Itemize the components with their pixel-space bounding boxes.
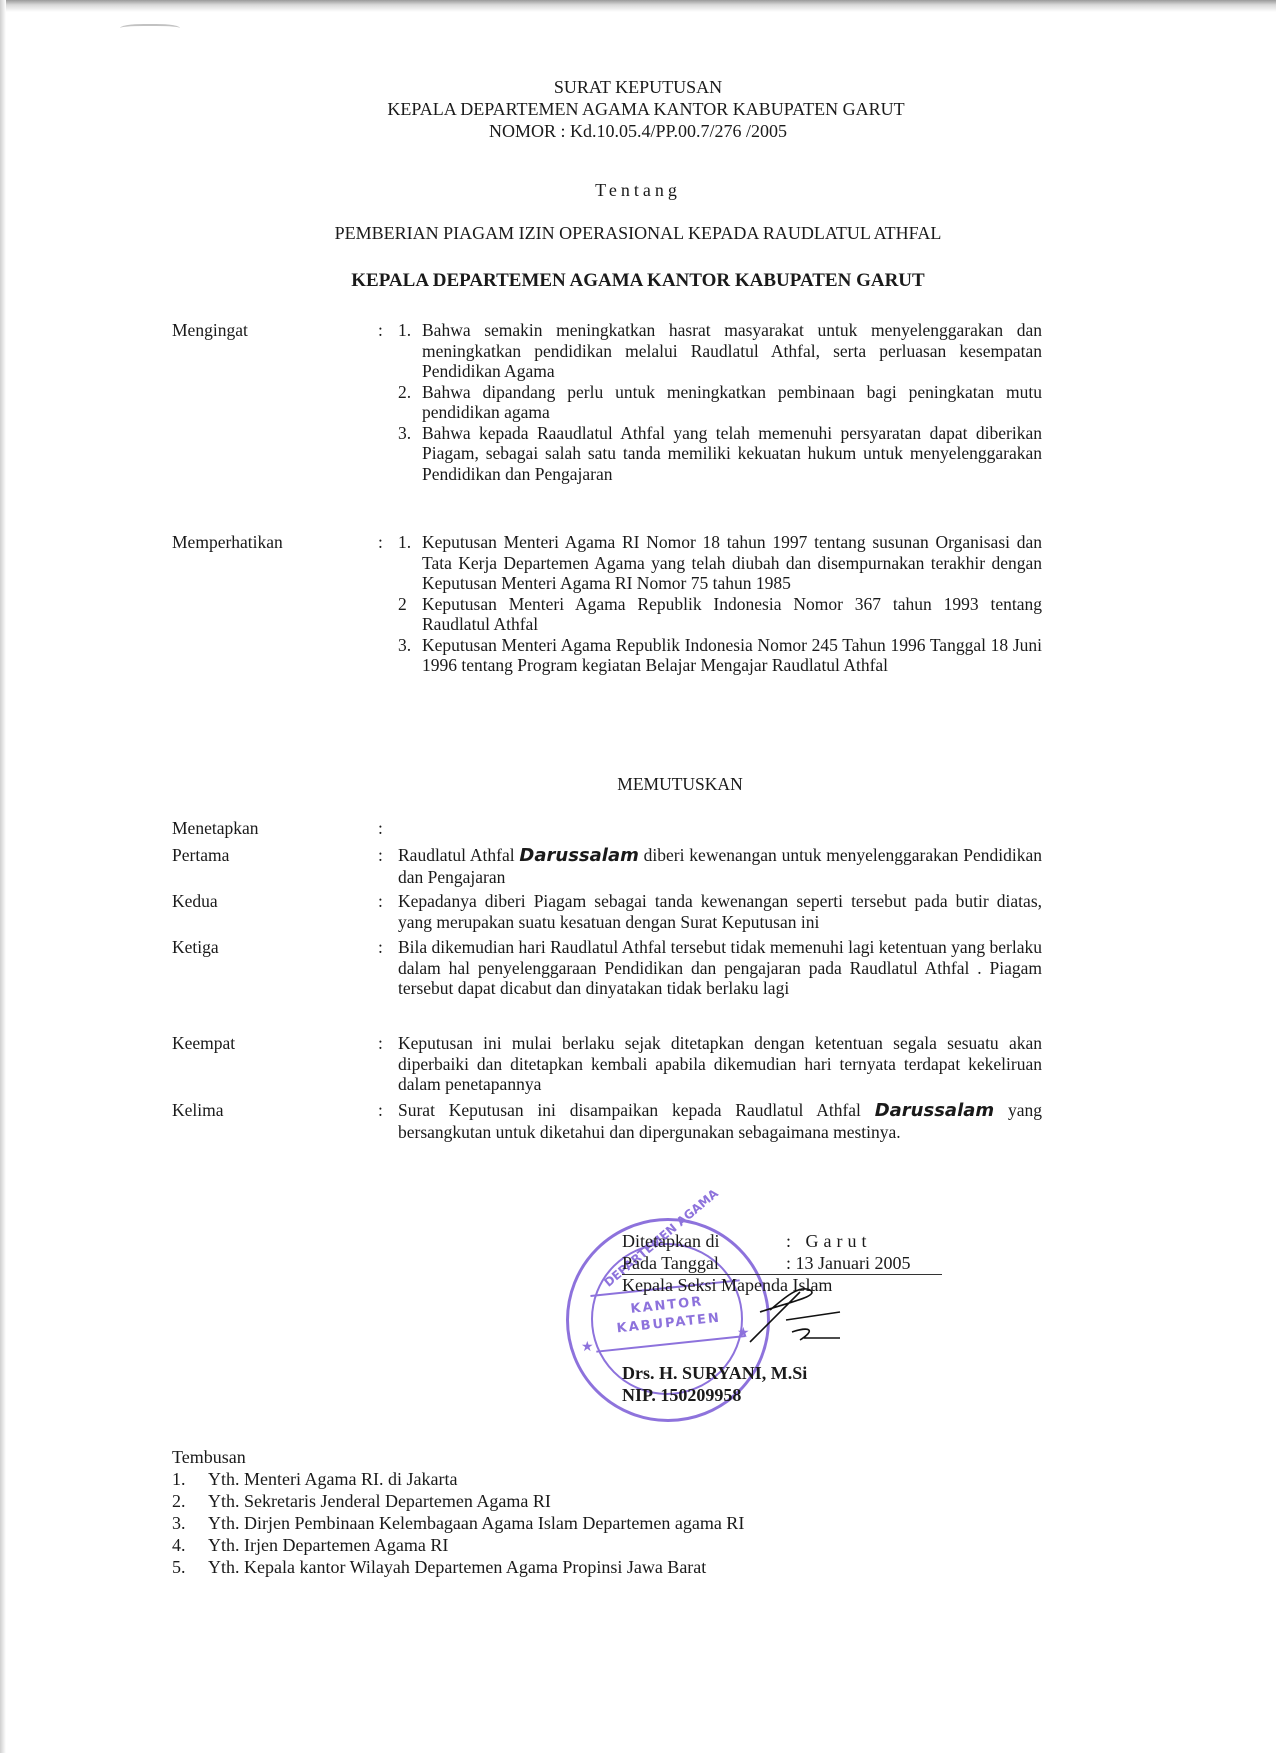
handwritten-signature-icon <box>740 1282 860 1352</box>
tembusan-title: Tembusan <box>172 1446 744 1468</box>
decision-colon: : <box>378 1033 383 1054</box>
memperhatikan-list: 1.Keputusan Menteri Agama RI Nomor 18 ta… <box>398 532 1042 676</box>
decision-colon: : <box>378 845 383 866</box>
item-number: 5. <box>172 1556 186 1578</box>
issuer-heading: KEPALA DEPARTEMEN AGAMA KANTOR KABUPATEN… <box>0 270 1276 292</box>
list-item: 4.Yth. Irjen Departemen Agama RI <box>172 1534 744 1556</box>
signatory-nip: NIP. 150209958 <box>622 1384 741 1406</box>
decision-text: Kepadanya diberi Piagam sebagai tanda ke… <box>398 891 1042 932</box>
document-subject: PEMBERIAN PIAGAM IZIN OPERASIONAL KEPADA… <box>0 223 1276 244</box>
item-text: Yth. Dirjen Pembinaan Kelembagaan Agama … <box>208 1513 744 1533</box>
decision-text: Bila dikemudian hari Raudlatul Athfal te… <box>398 937 1042 999</box>
section-colon: : <box>378 320 383 341</box>
item-number: 1. <box>398 320 411 341</box>
section-label: Memperhatikan <box>172 532 283 553</box>
list-item: 2.Bahwa dipandang perlu untuk meningkatk… <box>398 382 1042 423</box>
item-number: 3. <box>172 1512 186 1534</box>
item-text: Bahwa dipandang perlu untuk meningkatkan… <box>422 382 1042 423</box>
institution-name: Darussalam <box>875 1100 994 1121</box>
item-text: Keputusan Menteri Agama Republik Indones… <box>422 635 1042 676</box>
text-part: Surat Keputusan ini disampaikan kepada R… <box>398 1100 875 1120</box>
text-part: Raudlatul Athfal <box>398 845 519 865</box>
item-text: Bahwa semakin meningkatkan hasrat masyar… <box>422 320 1042 381</box>
item-number: 4. <box>172 1534 186 1556</box>
decision-text: Surat Keputusan ini disampaikan kepada R… <box>398 1100 1042 1142</box>
list-item: 3.Yth. Dirjen Pembinaan Kelembagaan Agam… <box>172 1512 744 1534</box>
list-item: 3.Bahwa kepada Raaudlatul Athfal yang te… <box>398 423 1042 485</box>
tentang-heading: Tentang <box>0 180 1276 201</box>
list-item: 3.Keputusan Menteri Agama Republik Indon… <box>398 635 1042 676</box>
document-header: SURAT KEPUTUSAN KEPALA DEPARTEMEN AGAMA … <box>0 76 1276 142</box>
decision-text: Keputusan ini mulai berlaku sejak diteta… <box>398 1033 1042 1095</box>
star-icon: ★ <box>581 1339 594 1356</box>
decision-label: Ketiga <box>172 937 219 958</box>
decision-text: Raudlatul Athfal Darussalam diberi kewen… <box>398 845 1042 887</box>
decision-colon: : <box>378 891 383 912</box>
item-text: Bahwa kepada Raaudlatul Athfal yang tela… <box>422 423 1042 484</box>
issuer-line: KEPALA DEPARTEMEN AGAMA KANTOR KABUPATEN… <box>16 98 1276 120</box>
list-item: 1.Keputusan Menteri Agama RI Nomor 18 ta… <box>398 532 1042 594</box>
document-title: SURAT KEPUTUSAN <box>0 76 1276 98</box>
place-row: Ditetapkan di : Garut <box>622 1230 832 1252</box>
date-label: Pada Tanggal <box>622 1252 719 1274</box>
item-number: 2 <box>398 594 407 615</box>
item-text: Keputusan Menteri Agama Republik Indones… <box>422 594 1042 635</box>
list-item: 2.Yth. Sekretaris Jenderal Departemen Ag… <box>172 1490 744 1512</box>
list-item: 2Keputusan Menteri Agama Republik Indone… <box>398 594 1042 635</box>
list-item: 1.Bahwa semakin meningkatkan hasrat masy… <box>398 320 1042 382</box>
section-label: Mengingat <box>172 320 248 341</box>
scan-edge <box>0 0 1276 12</box>
tembusan-list: 1.Yth. Menteri Agama RI. di Jakarta 2.Yt… <box>172 1468 744 1578</box>
tembusan-section: Tembusan 1.Yth. Menteri Agama RI. di Jak… <box>172 1446 744 1578</box>
item-text: Keputusan Menteri Agama RI Nomor 18 tahu… <box>422 532 1042 593</box>
item-text: Yth. Menteri Agama RI. di Jakarta <box>208 1469 457 1489</box>
decision-label: Kedua <box>172 891 218 912</box>
place-value: : Garut <box>786 1230 871 1252</box>
decision-label: Keempat <box>172 1033 235 1054</box>
decision-label: Menetapkan <box>172 818 259 839</box>
document-number: NOMOR : Kd.10.05.4/PP.00.7/276 /2005 <box>0 120 1276 142</box>
mengingat-list: 1.Bahwa semakin meningkatkan hasrat masy… <box>398 320 1042 484</box>
decision-colon: : <box>378 1100 383 1121</box>
decision-label: Kelima <box>172 1100 224 1121</box>
list-item: 1.Yth. Menteri Agama RI. di Jakarta <box>172 1468 744 1490</box>
decision-label: Pertama <box>172 845 229 866</box>
list-item: 5.Yth. Kepala kantor Wilayah Departemen … <box>172 1556 744 1578</box>
item-number: 1. <box>398 532 411 553</box>
scan-left-edge <box>0 0 6 1753</box>
institution-name: Darussalam <box>519 845 638 866</box>
item-text: Yth. Sekretaris Jenderal Departemen Agam… <box>208 1491 551 1511</box>
item-text: Yth. Kepala kantor Wilayah Departemen Ag… <box>208 1557 706 1577</box>
section-colon: : <box>378 532 383 553</box>
signatory-name: Drs. H. SURYANI, M.Si <box>622 1362 807 1384</box>
memutuskan-heading: MEMUTUSKAN <box>0 774 1276 795</box>
item-number: 2. <box>398 382 411 403</box>
item-text: Yth. Irjen Departemen Agama RI <box>208 1535 448 1555</box>
date-row: Pada Tanggal : 13 Januari 2005 <box>622 1252 832 1274</box>
scan-speck <box>120 24 180 34</box>
decision-colon: : <box>378 937 383 958</box>
decision-colon: : <box>378 818 383 839</box>
item-number: 1. <box>172 1468 186 1490</box>
place-label: Ditetapkan di <box>622 1230 719 1252</box>
item-number: 2. <box>172 1490 186 1512</box>
date-value: : 13 Januari 2005 <box>786 1252 910 1274</box>
item-number: 3. <box>398 423 411 444</box>
item-number: 3. <box>398 635 411 656</box>
